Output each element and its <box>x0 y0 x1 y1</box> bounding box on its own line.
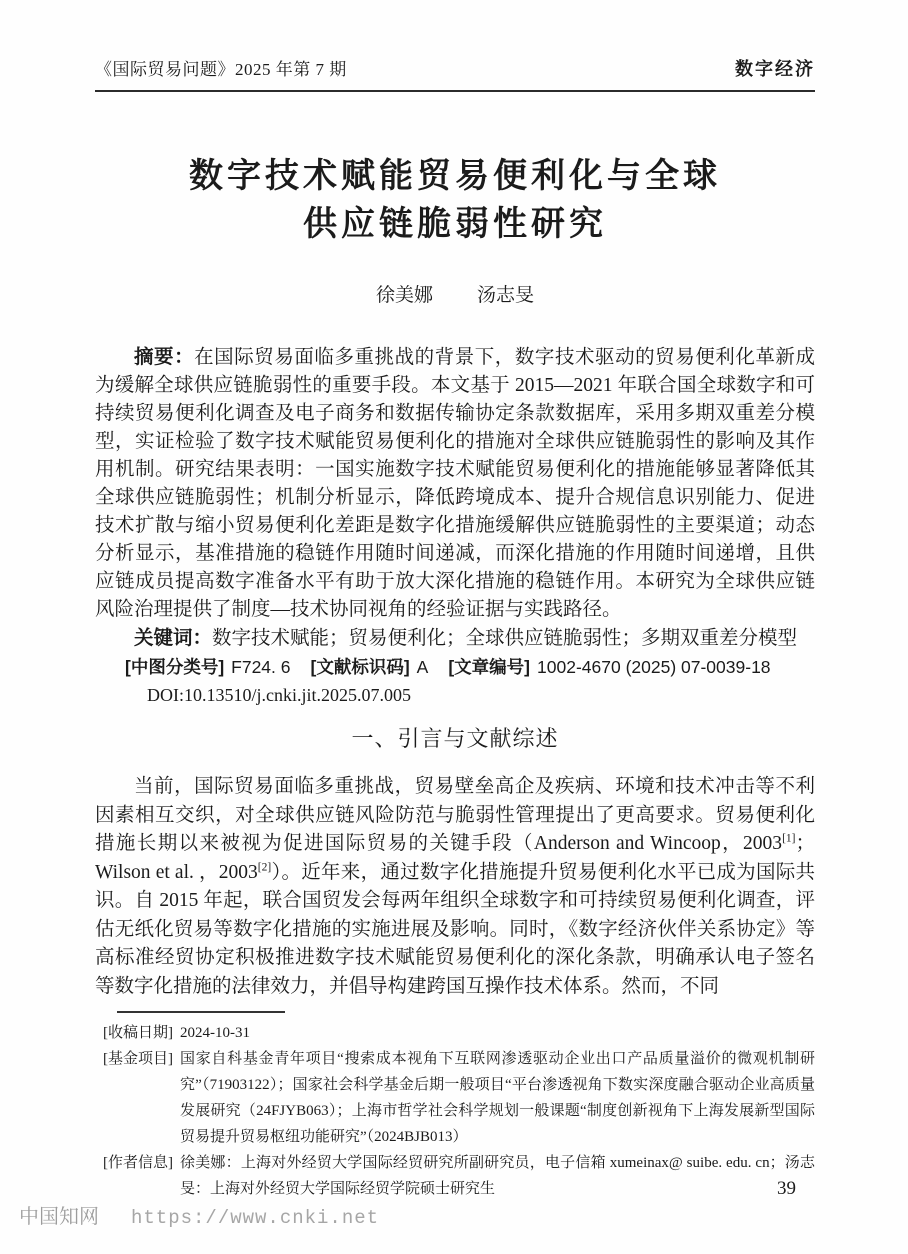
footnote-text: 2024-10-31 <box>180 1025 250 1041</box>
keywords-paragraph: 关键词：数字技术赋能；贸易便利化；全球供应链脆弱性；多期双重差分模型 <box>95 624 815 653</box>
running-header: 《国际贸易问题》2025 年第 7 期 数字经济 <box>95 55 815 81</box>
page-content: 《国际贸易问题》2025 年第 7 期 数字经济 数字技术赋能贸易便利化与全球 … <box>95 0 815 1202</box>
abstract-text: 在国际贸易面临多重挑战的背景下，数字技术驱动的贸易便利化革新成为缓解全球供应链脆… <box>95 347 815 620</box>
clc-label: [中图分类号] <box>125 657 224 677</box>
doc-code-value: A <box>417 657 429 677</box>
author-list: 徐美娜汤志旻 <box>95 280 815 307</box>
doc-code-label: [文献标识码] <box>311 657 410 677</box>
footnote-label: [收稿日期] <box>103 1020 173 1046</box>
footnote-author-info: [作者信息]徐美娜：上海对外经贸大学国际经贸研究所副研究员，电子信箱 xumei… <box>95 1150 815 1202</box>
clc-value: F724. 6 <box>231 657 290 677</box>
footnote-funding: [基金项目]国家自科基金青年项目“搜索成本视角下互联网渗透驱动企业出口产品质量溢… <box>95 1046 815 1150</box>
footnote-text: 徐美娜：上海对外经贸大学国际经贸研究所副研究员，电子信箱 xumeinax@ s… <box>180 1155 815 1197</box>
article-no-value: 1002-4670 (2025) 07-0039-18 <box>537 657 771 677</box>
keywords-label: 关键词： <box>134 627 212 649</box>
abstract-paragraph: 摘要：在国际贸易面临多重挑战的背景下，数字技术驱动的贸易便利化革新成为缓解全球供… <box>95 343 815 624</box>
footnote-text: 国家自科基金青年项目“搜索成本视角下互联网渗透驱动企业出口产品质量溢价的微观机制… <box>180 1051 815 1145</box>
cnki-brand: 中国知网 <box>19 1206 99 1228</box>
title-line-1: 数字技术赋能贸易便利化与全球 <box>95 152 815 200</box>
doi-line: DOI:10.13510/j.cnki.jit.2025.07.005 <box>95 681 815 709</box>
article-title: 数字技术赋能贸易便利化与全球 供应链脆弱性研究 <box>95 152 815 248</box>
cnki-watermark: 中国知网https://www.cnki.net <box>19 1200 379 1229</box>
keywords-text: 数字技术赋能；贸易便利化；全球供应链脆弱性；多期双重差分模型 <box>212 628 797 649</box>
column-label: 数字经济 <box>735 55 815 81</box>
footnote-label: [基金项目] <box>103 1046 173 1072</box>
abstract-label: 摘要： <box>134 346 194 368</box>
footnote-received-date: [收稿日期]2024-10-31 <box>95 1020 815 1046</box>
journal-page: 《国际贸易问题》2025 年第 7 期 数字经济 数字技术赋能贸易便利化与全球 … <box>0 0 908 1254</box>
author-name-2: 汤志旻 <box>477 285 534 306</box>
author-name-1: 徐美娜 <box>376 285 433 306</box>
title-line-2: 供应链脆弱性研究 <box>95 200 815 248</box>
abstract-block: 摘要：在国际贸易面临多重挑战的背景下，数字技术驱动的贸易便利化革新成为缓解全球供… <box>95 343 815 709</box>
section-heading: 一、引言与文献综述 <box>95 724 815 754</box>
footnote-label: [作者信息] <box>103 1150 173 1176</box>
article-no-label: [文章编号] <box>448 657 530 677</box>
footnote-list: [收稿日期]2024-10-31 [基金项目]国家自科基金青年项目“搜索成本视角… <box>95 1020 815 1202</box>
journal-issue-label: 《国际贸易问题》2025 年第 7 期 <box>95 55 347 80</box>
intro-paragraph: 当前，国际贸易面临多重挑战，贸易壁垒高企及疾病、环境和技术冲击等不利因素相互交织… <box>95 773 815 1001</box>
cnki-url: https://www.cnki.net <box>131 1207 379 1229</box>
page-number: 39 <box>777 1178 796 1200</box>
classification-line: [中图分类号]F724. 6[文献标识码]A[文章编号]1002-4670 (2… <box>95 653 815 681</box>
footnote-divider <box>117 1011 285 1013</box>
header-divider <box>95 90 815 92</box>
